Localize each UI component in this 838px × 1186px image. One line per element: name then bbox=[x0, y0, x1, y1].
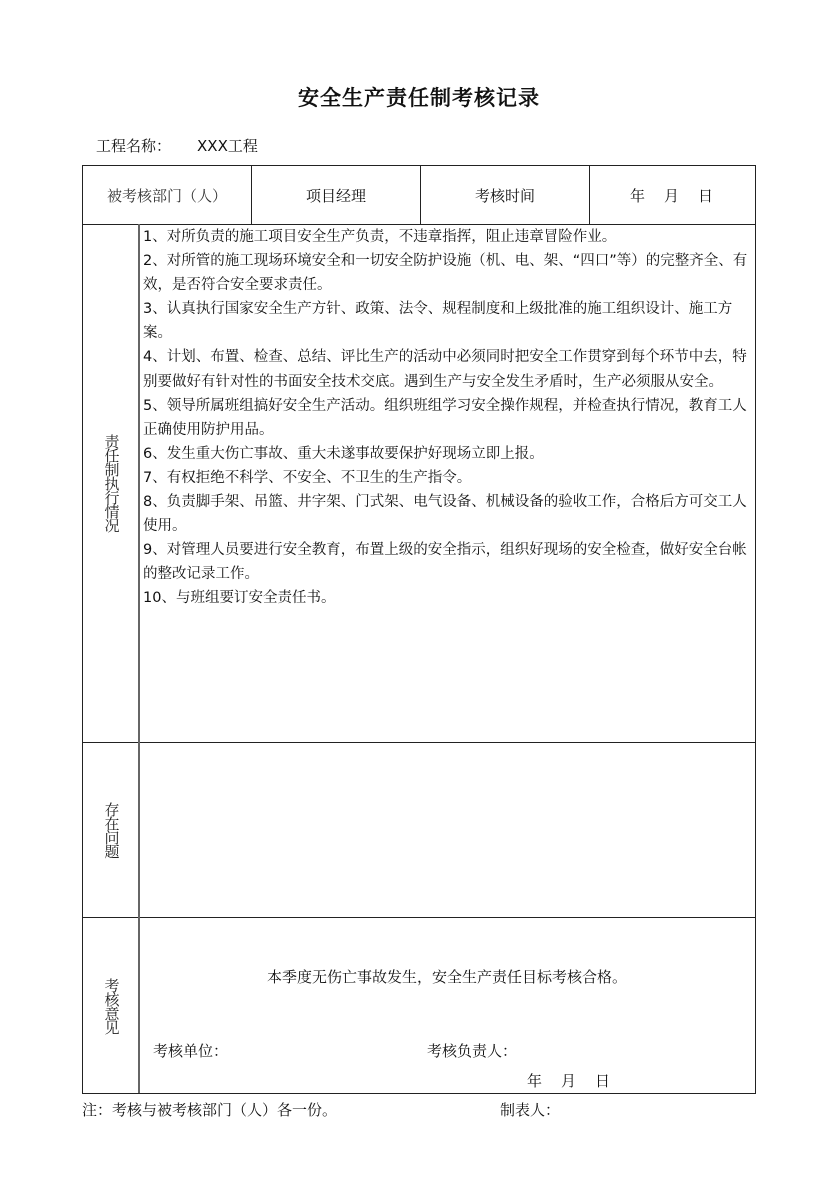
project-name-label: 工程名称： bbox=[96, 137, 171, 155]
project-name-line: 工程名称：XXX工程 bbox=[96, 135, 258, 156]
execution-items: 1、对所负责的施工项目安全生产负责，不违章指挥，阻止违章冒险作业。 2、对所管的… bbox=[141, 225, 755, 611]
opinion-label: 考核意见 bbox=[83, 918, 139, 1093]
execution-item: 5、领导所属班组搞好安全生产活动。组织班组学习安全操作规程，并检查执行情况，教育… bbox=[143, 394, 755, 442]
assessment-leader-label: 考核负责人： bbox=[427, 1040, 517, 1061]
problems-label: 存在问题 bbox=[83, 743, 139, 917]
dept-label: 被考核部门（人） bbox=[83, 166, 251, 224]
assessment-table: 被考核部门（人） 项目经理 考核时间 年 月 日 责任制执行情况 1、对所负责的… bbox=[82, 165, 756, 1094]
execution-item: 8、负责脚手架、吊篮、井字架、门式架、电气设备、机械设备的验收工作，合格后方可交… bbox=[143, 490, 755, 538]
execution-item: 9、对管理人员要进行安全教育，布置上级的安全指示，组织好现场的安全检查，做好安全… bbox=[143, 538, 755, 586]
execution-item: 1、对所负责的施工项目安全生产负责，不违章指挥，阻止违章冒险作业。 bbox=[143, 225, 755, 249]
execution-item: 2、对所管的施工现场环境安全和一切安全防护设施（机、电、架、“四口”等）的完整齐… bbox=[143, 249, 755, 297]
execution-label: 责任制执行情况 bbox=[83, 224, 139, 742]
assessing-unit-label: 考核单位： bbox=[153, 1040, 228, 1061]
execution-item: 7、有权拒绝不科学、不安全、不卫生的生产指令。 bbox=[143, 466, 755, 490]
time-value: 年 月 日 bbox=[590, 166, 755, 224]
form-maker-label: 制表人： bbox=[500, 1099, 560, 1120]
execution-item: 3、认真执行国家安全生产方针、政策、法令、规程制度和上级批准的施工组织设计、施工… bbox=[143, 297, 755, 345]
execution-item: 10、与班组要订安全责任书。 bbox=[143, 586, 755, 610]
opinion-date: 年 月 日 bbox=[527, 1070, 612, 1091]
footer-note: 注：考核与被考核部门（人）各一份。 bbox=[82, 1099, 337, 1120]
project-name-value: XXX工程 bbox=[197, 137, 258, 155]
row-divider bbox=[83, 917, 755, 918]
opinion-text: 本季度无伤亡事故发生，安全生产责任目标考核合格。 bbox=[140, 966, 754, 987]
dept-value: 项目经理 bbox=[252, 166, 420, 224]
time-label: 考核时间 bbox=[421, 166, 589, 224]
execution-item: 4、计划、布置、检查、总结、评比生产的活动中必须同时把安全工作贯穿到每个环节中去… bbox=[143, 345, 755, 393]
page-title: 安全生产责任制考核记录 bbox=[0, 82, 838, 112]
execution-item: 6、发生重大伤亡事故、重大未遂事故要保护好现场立即上报。 bbox=[143, 442, 755, 466]
problems-content[interactable] bbox=[141, 743, 753, 917]
